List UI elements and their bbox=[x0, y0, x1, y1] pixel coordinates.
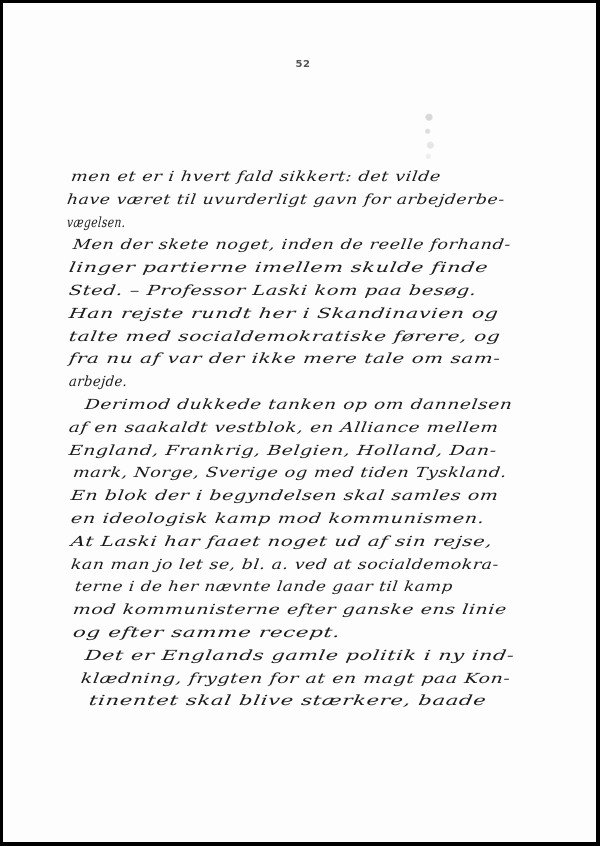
document-page: 52 men et er i hvert fald sikkert: det v… bbox=[0, 0, 600, 846]
handwritten-line: kan man jo let se, bl. a. ved at sociald… bbox=[70, 556, 500, 572]
handwritten-line: klædning, frygten for at en magt paa Kon… bbox=[80, 670, 512, 686]
handwritten-line: have været til uvurderligt gavn for arbe… bbox=[66, 192, 506, 208]
handwritten-line: men et er i hvert fald sikkert: det vild… bbox=[70, 169, 442, 185]
handwritten-line: linger partierne imellem skulde finde bbox=[68, 260, 490, 276]
handwritten-line: mod kommunisterne efter ganske ens linie bbox=[72, 602, 508, 618]
handwritten-line: og efter samme recept. bbox=[72, 625, 342, 641]
handwritten-line: En blok der i begyndelsen skal samles om bbox=[70, 488, 500, 504]
handwritten-line: terne i de her nævnte lande gaar til kam… bbox=[74, 579, 454, 595]
handwritten-line: Derimod dukkede tanken op om dannelsen bbox=[84, 397, 514, 413]
handwritten-line: England, Frankrig, Belgien, Holland, Dan… bbox=[68, 442, 498, 458]
handwritten-line: Sted. – Professor Laski kom paa besøg. bbox=[68, 283, 478, 299]
handwritten-line: talte med socialdemokratiske førere, og bbox=[68, 328, 502, 344]
handwritten-line: en ideologisk kamp mod kommunismen. bbox=[70, 511, 486, 527]
handwritten-line: vægelsen. bbox=[66, 214, 126, 230]
page-number: 52 bbox=[3, 59, 600, 70]
scan-smudge bbox=[422, 106, 436, 162]
handwritten-line: At Laski har faaet noget ud af sin rejse… bbox=[70, 534, 494, 550]
handwritten-line: Han rejste rundt her i Skandinavien og bbox=[68, 306, 500, 322]
handwritten-line: tinentet skal blive stærkere, baade bbox=[88, 693, 488, 709]
handwritten-line: fra nu af var der ikke mere tale om sam- bbox=[68, 351, 502, 367]
handwritten-line: Det er Englands gamle politik i ny ind- bbox=[84, 648, 516, 664]
handwritten-line: arbejde. bbox=[68, 374, 128, 390]
handwritten-line: af en saakaldt vestblok, en Alliance mel… bbox=[68, 420, 500, 436]
handwritten-line: Men der skete noget, inden de reelle for… bbox=[72, 237, 512, 253]
handwritten-line: mark, Norge, Sverige og med tiden Tyskla… bbox=[72, 465, 508, 481]
